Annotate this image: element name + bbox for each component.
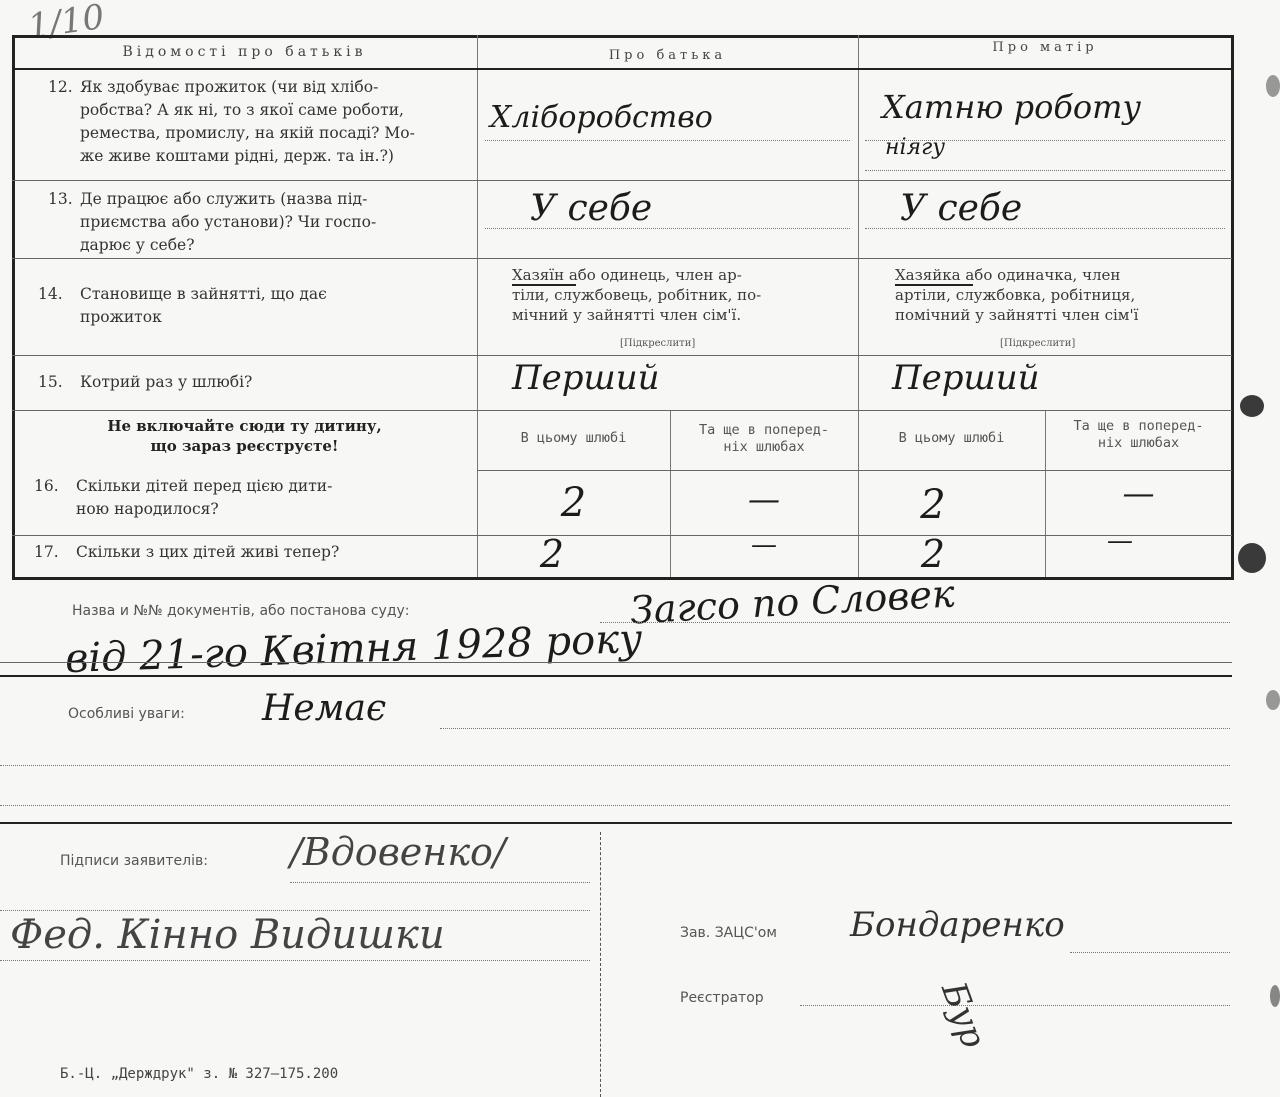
question-text: ремества, промислу, на якій посаді? Мо-: [80, 122, 415, 144]
printer-imprint: Б.-Ц. „Держдрук" з. № 327—175.200: [60, 1066, 338, 1082]
header-father: Про батька: [477, 48, 858, 63]
option-line-underlined-hazyain: Хазяїн або одинець, член ар-: [512, 265, 842, 285]
father-children-alive-this: 2: [477, 532, 627, 576]
subheader-father-previous-marriages: Та ще в поперед- ніх шлюбах: [670, 422, 858, 456]
mother-children-alive-previous: —: [1045, 526, 1195, 556]
option-line: артіли, службовка, робітниця,: [895, 285, 1213, 305]
mother-livelihood-answer-cont: ніягу: [885, 135, 945, 160]
row-divider: [12, 68, 1232, 70]
documents-value-line1: Загсо по Словек: [629, 572, 956, 633]
table-bottom-border: [12, 577, 1234, 580]
head-of-registry-label: Зав. ЗАЦС'ом: [680, 925, 777, 941]
corner-note: 1/10: [26, 0, 107, 47]
question-text: Становище в зайнятті, що дає: [80, 283, 327, 305]
answer-line: [0, 805, 1230, 806]
father-status-options: Хазяїн або одинець, член ар- тіли, служб…: [512, 265, 842, 325]
question-text: дарює у себе?: [80, 234, 195, 256]
father-marriage-count-answer: Перший: [512, 358, 660, 398]
answer-line: [0, 662, 1232, 663]
signature-line: [290, 882, 590, 883]
mother-marriage-count-answer: Перший: [892, 358, 1040, 398]
answer-line: [485, 140, 850, 141]
question-number: 17.: [34, 541, 59, 563]
answer-line: [0, 765, 1230, 766]
subheader-mother-previous-marriages: Та ще в поперед- ніх шлюбах: [1045, 418, 1232, 452]
option-line: тіли, службовець, робітник, по-: [512, 285, 842, 305]
question-text: Як здобуває прожиток (чи від хлібо-: [80, 76, 378, 98]
question-text: Скільки з цих дітей живі тепер?: [76, 541, 339, 563]
remarks-value: Немає: [262, 688, 386, 729]
question-text: же живе коштами рідні, держ. та ін.?): [80, 145, 394, 167]
row-divider: [12, 410, 1232, 411]
section-divider: [0, 822, 1232, 824]
punch-hole-mark: [1238, 543, 1266, 573]
signature-line: [0, 960, 590, 961]
registrar-signature: Бур: [933, 977, 993, 1053]
subheader-line: ніх шлюбах: [1045, 435, 1232, 452]
applicants-label: Підписи заявителів:: [60, 853, 208, 869]
underline-mark: [512, 284, 576, 286]
remarks-label: Особливі уваги:: [68, 706, 185, 722]
subheader-father-this-marriage: В цьому шлюбі: [477, 430, 670, 447]
question-text: ною народилося?: [76, 498, 219, 520]
punch-hole-mark: [1266, 690, 1280, 710]
subheader-line: Та ще в поперед-: [670, 422, 858, 439]
signature-line: [1070, 952, 1230, 953]
mother-children-previous: —: [1045, 474, 1232, 512]
row-divider: [12, 355, 1232, 356]
applicant-signature-2: Фед. Кінно Видишки: [10, 912, 445, 958]
option-line: мічний у зайнятті член сім'ї.: [512, 305, 842, 325]
documents-value-line2: від 21-го Квітня 1928 року: [64, 616, 643, 682]
question-text: робства? А як ні, то з якої саме роботи,: [80, 99, 404, 121]
answer-line: [600, 622, 1230, 623]
mother-children-this-marriage: 2: [858, 482, 1008, 528]
subheader-line: ніх шлюбах: [670, 439, 858, 456]
row-divider: [12, 180, 1232, 181]
children-note: Не включайте сюди ту дитину, що зараз ре…: [12, 416, 477, 456]
question-text: Де працює або служить (назва під-: [80, 188, 367, 210]
mother-children-alive-this: 2: [858, 532, 1008, 576]
header-mother: Про матір: [858, 40, 1232, 55]
punch-hole-mark: [1240, 395, 1264, 417]
option-line-underlined-hazyaika: Хазяйка або одиначка, член: [895, 265, 1213, 285]
father-workplace-answer: У себе: [530, 188, 652, 229]
row-divider: [12, 258, 1232, 259]
section-divider: [0, 675, 1232, 677]
question-number: 13.: [48, 188, 73, 210]
row-divider: [477, 470, 1232, 471]
question-number: 15.: [38, 371, 63, 393]
question-text: приємства або установи)? Чи госпо-: [80, 211, 376, 233]
registrar-label: Реєстратор: [680, 990, 764, 1006]
father-children-this-marriage: 2: [477, 480, 670, 526]
answer-line: [865, 170, 1225, 171]
documents-label: Назва и №№ документів, або постанова суд…: [72, 603, 410, 619]
subheader-line: Та ще в поперед-: [1045, 418, 1232, 435]
punch-hole-mark: [1270, 985, 1280, 1007]
children-note-line: Не включайте сюди ту дитину,: [12, 416, 477, 436]
question-text: Скільки дітей перед цією дити-: [76, 475, 332, 497]
signatures-divider: [600, 832, 601, 1097]
question-text: Котрий раз у шлюбі?: [80, 371, 252, 393]
signature-line: [0, 910, 590, 911]
underline-mark: [895, 284, 973, 286]
question-number: 16.: [34, 475, 59, 497]
question-number: 14.: [38, 283, 63, 305]
father-children-previous: —: [670, 480, 858, 518]
applicant-signature-1: /Вдовенко/: [290, 830, 506, 874]
father-livelihood-answer: Хліборобство: [490, 100, 713, 135]
signature-line: [800, 1005, 1230, 1006]
table-left-border: [12, 35, 15, 579]
underline-hint: [Підкреслити]: [620, 338, 695, 349]
punch-hole-mark: [1266, 75, 1280, 97]
question-text: прожиток: [80, 306, 162, 328]
children-note-line: що зараз реєструєте!: [12, 436, 477, 456]
option-line: помічний у зайнятті член сім'ї: [895, 305, 1213, 325]
head-of-registry-signature: Бондаренко: [850, 905, 1065, 945]
mother-status-options: Хазяйка або одиначка, член артіли, служб…: [895, 265, 1213, 325]
answer-line: [440, 728, 1230, 729]
question-number: 12.: [48, 76, 73, 98]
subheader-mother-this-marriage: В цьому шлюбі: [858, 430, 1045, 447]
header-parents-info: Відомості про батьків: [12, 44, 477, 60]
table-top-border: [12, 35, 1234, 38]
father-children-alive-previous: —: [670, 530, 858, 560]
mother-livelihood-answer: Хатню роботу: [882, 88, 1141, 126]
underline-hint: [Підкреслити]: [1000, 338, 1075, 349]
mother-workplace-answer: У себе: [900, 188, 1022, 229]
